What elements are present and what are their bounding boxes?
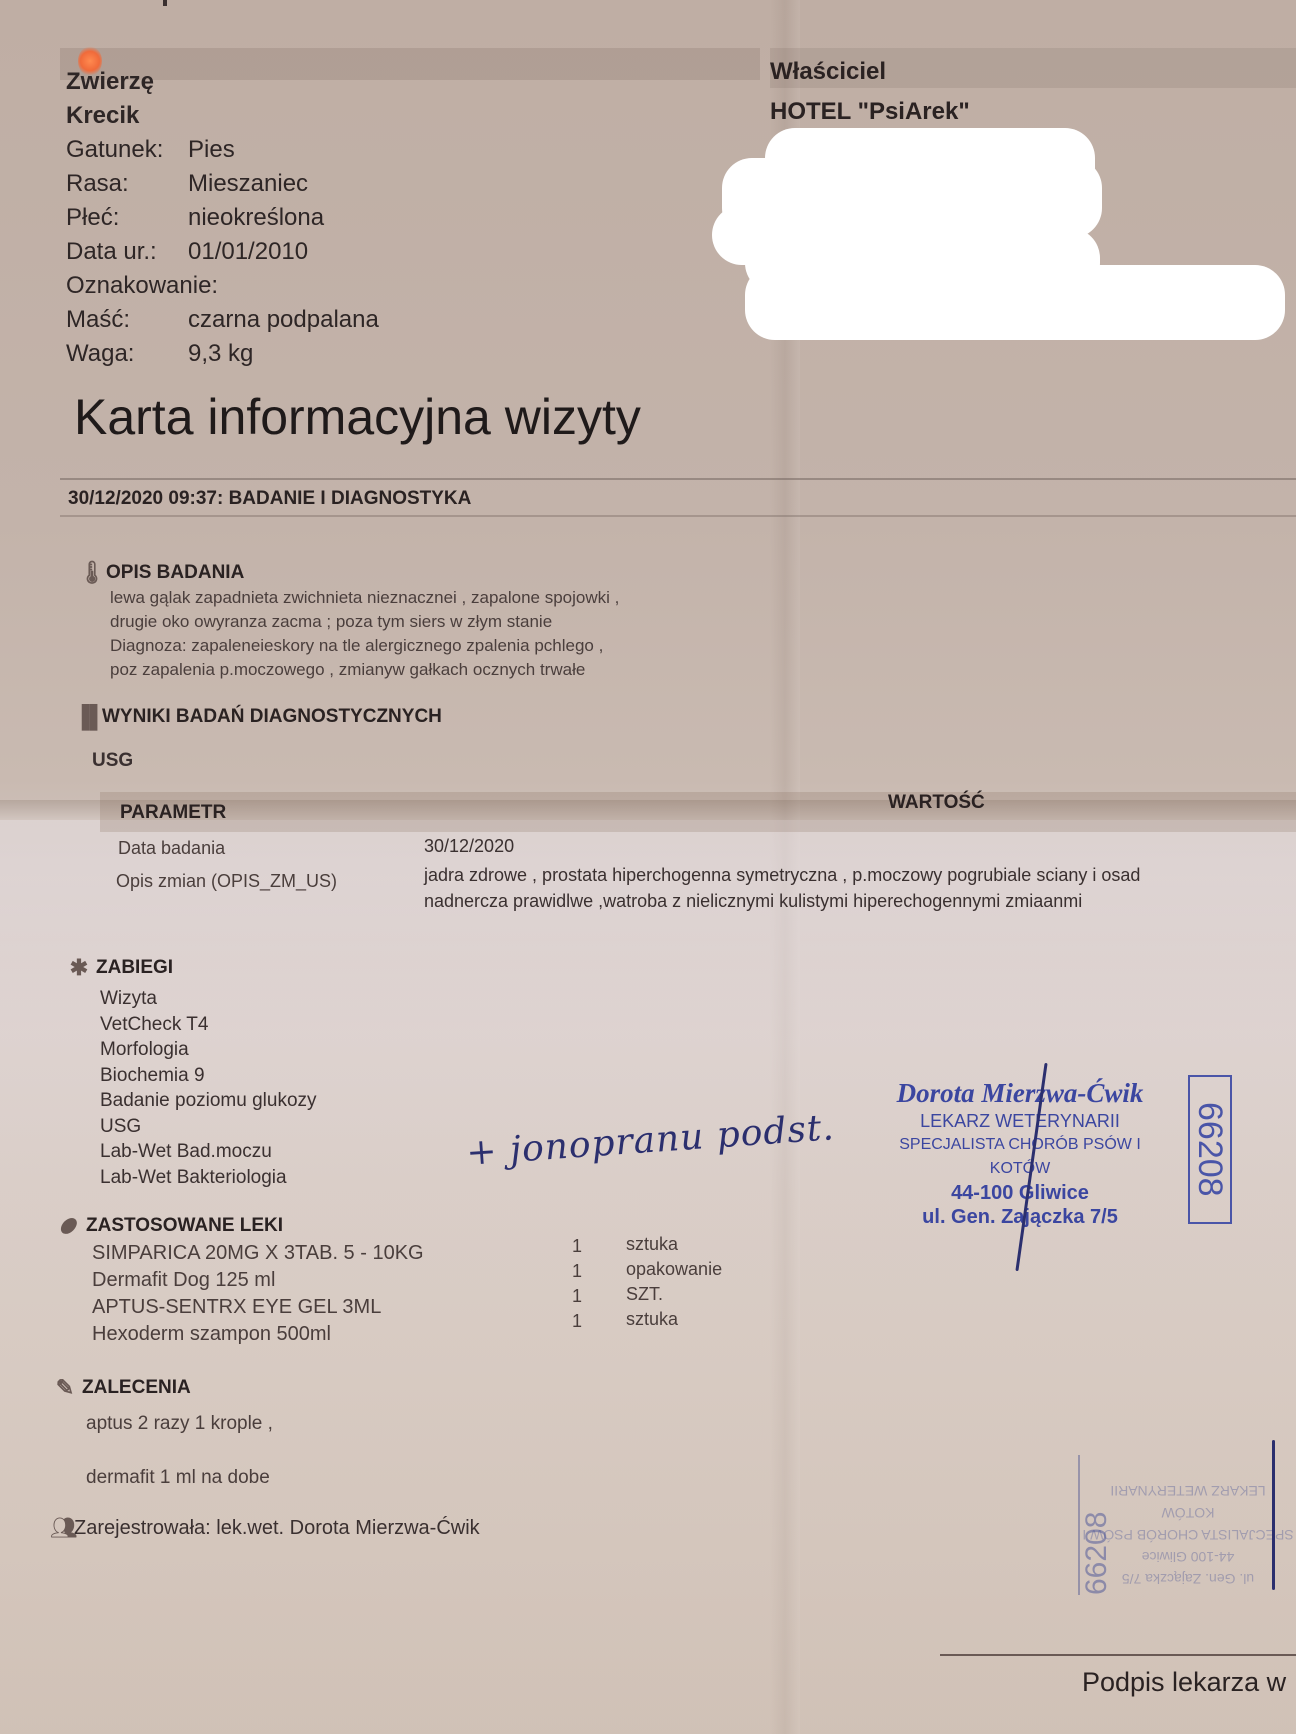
drug-name: SIMPARICA 20MG X 3TAB. 5 - 10KG (92, 1240, 424, 1267)
list-item: USG (100, 1114, 317, 1140)
list-item: Wizyta (100, 986, 317, 1012)
table-cell-param: Opis zmian (OPIS_ZM_US) (116, 871, 337, 892)
animal-field: Płeć:nieokreślona (66, 201, 379, 235)
list-item: Morfologia (100, 1037, 317, 1063)
doctor-stamp: Dorota Mierzwa-Ćwik LEKARZ WETERYNARII S… (870, 1078, 1170, 1229)
drug-qty: 1 (572, 1234, 582, 1259)
asterisk-icon: ✱ (68, 955, 90, 981)
recommendation-line: aptus 2 razy 1 krople , (86, 1413, 273, 1435)
section-heading: ZABIEGI (96, 957, 173, 979)
drug-name: APTUS-SENTRX EYE GEL 3ML (92, 1294, 424, 1321)
zabiegi-list: Wizyta VetCheck T4 Morfologia Biochemia … (100, 986, 317, 1190)
signature-line (940, 1654, 1296, 1656)
stamp-line: ul. Gen. Zajączka 7/5 (870, 1205, 1170, 1229)
stamp-license-number: 66208 (1188, 1075, 1232, 1224)
table-header-parametr: PARAMETR (120, 802, 226, 824)
section-heading: ZASTOSOWANE LEKI (86, 1215, 283, 1237)
list-item: Biochemia 9 (100, 1063, 317, 1089)
drug-unit: opakowanie (626, 1257, 722, 1282)
drug-name: Hexoderm szampon 500ml (92, 1321, 424, 1348)
signature-stroke (1272, 1440, 1275, 1590)
section-wyniki: ▐▌WYNIKI BADAŃ DIAGNOSTYCZNYCH (74, 704, 442, 730)
stethoscope-icon: 🌡︎ (78, 560, 100, 586)
table-header-band (100, 792, 1296, 832)
text-line: Diagnoza: zapaleneieskory na tle alergic… (110, 634, 619, 658)
drug-unit: sztuka (626, 1232, 722, 1257)
drug-unit: sztuka (626, 1307, 722, 1332)
leki-quantities: 1 1 1 1 (572, 1234, 582, 1334)
field-value: nieokreślona (188, 201, 324, 235)
drug-name: Dermafit Dog 125 ml (92, 1267, 424, 1294)
stamp-line: 44-100 Gliwice (870, 1181, 1170, 1205)
section-heading: WYNIKI BADAŃ DIAGNOSTYCZNYCH (102, 706, 442, 728)
ghost-license-number: 66208 (1078, 1455, 1116, 1595)
field-value: 01/01/2010 (188, 235, 308, 269)
stamp-line: SPECJALISTA CHORÓB PSÓW I KOTÓW (870, 1133, 1170, 1181)
pencil-icon: ✎ (54, 1375, 76, 1401)
animal-field: Oznakowanie: (66, 269, 379, 303)
section-zalecenia: ✎ZALECENIA (54, 1375, 191, 1401)
text-line: nadnercza prawidlwe ,watroba z nieliczny… (424, 888, 1140, 914)
table-cell-value: jadra zdrowe , prostata hiperchogenna sy… (424, 862, 1140, 914)
animal-name: Krecik (66, 99, 379, 133)
field-value: czarna podpalana (188, 303, 379, 337)
table-cell-param: Data badania (118, 838, 225, 859)
leki-names: SIMPARICA 20MG X 3TAB. 5 - 10KG Dermafit… (92, 1240, 424, 1348)
section-opis-badania: 🌡︎OPIS BADANIA lewa gąlak zapadnieta zwi… (78, 560, 619, 682)
document-title: Karta informacyjna wizyty (74, 388, 641, 446)
drug-qty: 1 (572, 1309, 582, 1334)
stamp-name: Dorota Mierzwa-Ćwik (870, 1078, 1170, 1109)
registered-by-text: Zarejestrowała: lek.wet. Dorota Mierzwa-… (74, 1517, 480, 1540)
list-item: Lab-Wet Bad.moczu (100, 1139, 317, 1165)
field-label: Rasa: (66, 167, 188, 201)
field-label: Oznakowanie: (66, 269, 188, 303)
field-value: 9,3 kg (188, 337, 253, 371)
section-heading: OPIS BADANIA (106, 562, 244, 584)
test-tubes-icon: ▐▌ (74, 704, 96, 730)
owner-info: Właściciel HOTEL "PsiArek" (770, 52, 970, 132)
divider (60, 515, 1296, 517)
drug-qty: 1 (572, 1284, 582, 1309)
field-value: Mieszaniec (188, 167, 308, 201)
drug-unit: SZT. (626, 1282, 722, 1307)
animal-field: Data ur.:01/01/2010 (66, 235, 379, 269)
animal-field: Waga:9,3 kg (66, 337, 379, 371)
test-name: USG (92, 750, 133, 772)
list-item: VetCheck T4 (100, 1012, 317, 1038)
owner-section-label: Właściciel (770, 52, 970, 92)
visit-header: 30/12/2020 09:37: BADANIE I DIAGNOSTYKA (68, 488, 471, 510)
text-line: poz zapalenia p.moczowego , zmianyw gałk… (110, 658, 619, 682)
field-label: Gatunek: (66, 133, 188, 167)
users-icon: 👥︎ (50, 1515, 72, 1541)
field-value: Pies (188, 133, 235, 167)
recommendation-line: dermafit 1 ml na dobe (86, 1467, 270, 1489)
field-label: Waga: (66, 337, 188, 371)
animal-section-label: Zwierzę (66, 65, 379, 99)
section-zabiegi: ✱ZABIEGI (68, 955, 173, 981)
animal-field: Maść:czarna podpalana (66, 303, 379, 337)
divider (60, 478, 1296, 480)
registered-by: 👥︎ Zarejestrowała: lek.wet. Dorota Mierz… (50, 1515, 480, 1541)
section-leki: ⬬ZASTOSOWANE LEKI (58, 1213, 283, 1239)
text-line: lewa gąlak zapadnieta zwichnieta nieznac… (110, 586, 619, 610)
list-item: Badanie poziomu glukozy (100, 1088, 317, 1114)
top-mark (163, 0, 167, 6)
pill-icon: ⬬ (52, 1209, 86, 1243)
table-cell-value: 30/12/2020 (424, 836, 514, 857)
redaction-mark (745, 265, 1285, 340)
text-line: jadra zdrowe , prostata hiperchogenna sy… (424, 862, 1140, 888)
table-header-wartosc: WARTOŚĆ (888, 792, 985, 814)
animal-info: Zwierzę Krecik Gatunek:Pies Rasa:Mieszan… (66, 65, 379, 371)
text-line: drugie oko owyranza zacma ; poza tym sie… (110, 610, 619, 634)
field-label: Maść: (66, 303, 188, 337)
owner-name: HOTEL "PsiArek" (770, 92, 970, 132)
section-heading: ZALECENIA (82, 1377, 191, 1399)
field-label: Data ur.: (66, 235, 188, 269)
field-label: Płeć: (66, 201, 188, 235)
leki-units: sztuka opakowanie SZT. sztuka (626, 1232, 722, 1332)
animal-field: Rasa:Mieszaniec (66, 167, 379, 201)
stamp-line: LEKARZ WETERYNARII (870, 1109, 1170, 1133)
drug-qty: 1 (572, 1259, 582, 1284)
animal-field: Gatunek:Pies (66, 133, 379, 167)
signature-label: Podpis lekarza w (1082, 1667, 1286, 1698)
list-item: Lab-Wet Bakteriologia (100, 1165, 317, 1191)
